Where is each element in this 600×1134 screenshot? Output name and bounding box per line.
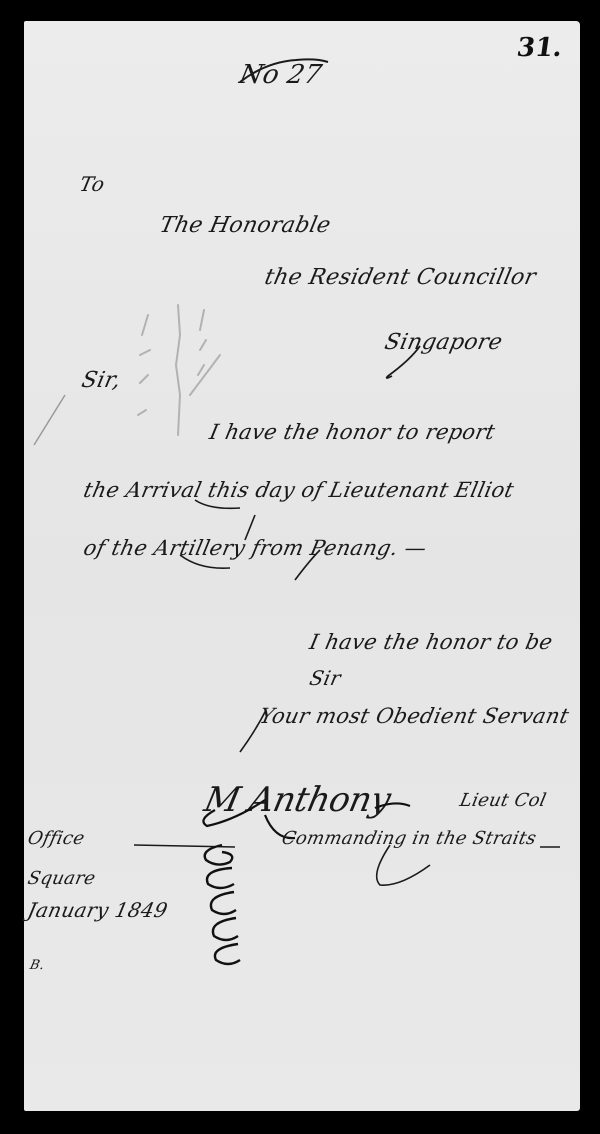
paraph-flourish xyxy=(192,840,252,970)
margin-stroke xyxy=(30,390,70,450)
salutation-to: To xyxy=(77,172,107,196)
closing-flourish xyxy=(236,700,296,760)
signature-rank: Lieut Col xyxy=(458,790,548,811)
body-line-1: I have the honor to report xyxy=(207,420,497,444)
margin-note-line-2: Square xyxy=(26,868,98,889)
address-flourish xyxy=(380,340,460,380)
body-flourishes xyxy=(80,480,540,590)
closing-line-2: Sir xyxy=(307,666,343,690)
closing-line-1: I have the honor to be xyxy=(307,630,554,654)
command-flourish xyxy=(360,835,560,895)
address-line-2: the Resident Councillor xyxy=(262,265,538,290)
greeting: Sir, xyxy=(79,368,123,393)
address-line-1: The Honorable xyxy=(157,213,333,238)
margin-note-line-3: January 1849 xyxy=(25,898,169,922)
letter-number-flourish xyxy=(236,52,336,102)
page-number: 31. xyxy=(515,33,564,63)
closing-line-3: Your most Obedient Servant xyxy=(257,704,571,728)
margin-note-line-1: Office xyxy=(26,828,87,849)
